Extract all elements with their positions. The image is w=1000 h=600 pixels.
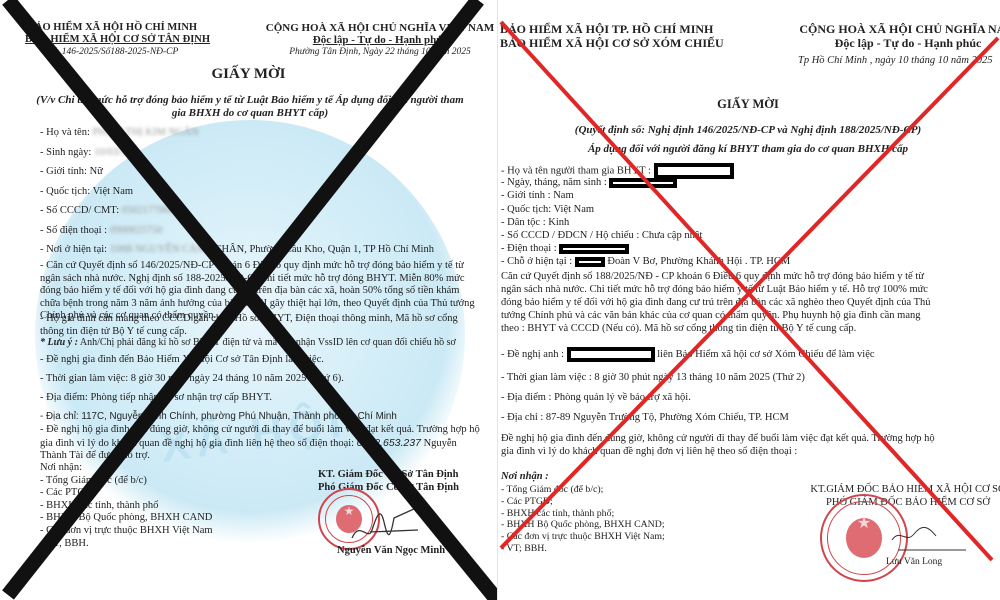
- field-label: - Ngày, tháng, năm sinh :: [501, 177, 609, 188]
- field-label: - Điện thoại :: [501, 243, 559, 254]
- documents-paragraph: - Hộ gia đình cần mang theo CCCD gắn chi…: [40, 313, 480, 338]
- field-value: Kinh: [548, 217, 569, 228]
- info-field: - Ngày, tháng, năm sinh :: [501, 176, 790, 189]
- agency-header: BẢO HIỂM XÃ HỘI HỒ CHÍ MINH BẢO HIỂM XÃ …: [25, 22, 200, 58]
- blurred-field-value: PHẠM THỊ KIM NGÂN: [93, 123, 199, 143]
- national-header: CỘNG HOÀ XÃ HỘI CHỦ NGHĨA VIỆT NAM Độc l…: [250, 22, 497, 58]
- info-field: - Họ và tên người tham gia BHYT :: [501, 163, 790, 176]
- redaction-box: [559, 244, 629, 254]
- redaction-box: [575, 257, 605, 267]
- field-label: - Giới tính :: [501, 190, 553, 201]
- recipient-item: - BHXH Bộ Quốc phòng, BHXH CAND: [40, 512, 213, 525]
- field-suffix: Đoàn V Bơ, Phường Khánh Hội . TP. HCM: [605, 256, 790, 267]
- handwritten-signature-icon: [350, 500, 420, 545]
- recipients-list: - Tổng Giám đốc (để b/c);- Các PTGĐ;- BH…: [501, 484, 665, 555]
- closing-paragraph: - Đề nghị hộ gia đình đến đúng giờ, khôn…: [40, 424, 480, 463]
- paragraph-line: Đề nghị hộ gia đình đến đúng giờ, không …: [501, 432, 1000, 445]
- right-invitation-document: BẢO HIỂM XÃ HỘI TP. HỒ CHÍ MINH BẢO HIỂM…: [497, 0, 1000, 600]
- place-line: - Địa điểm: Phòng tiếp nhận hồ sơ nhận t…: [40, 392, 480, 405]
- sign-title-1: KT.GIÁM ĐỐC BẢO HIỂM XÃ HỘI CƠ SỞ: [778, 483, 1000, 496]
- field-label: - Giới tính:: [40, 166, 90, 177]
- document-date: Phường Tân Định, Ngày 22 tháng 10 năm 20…: [250, 46, 497, 58]
- document-date: Tp Hồ Chí Minh , ngày 10 tháng 10 năm 20…: [798, 55, 993, 66]
- paragraph-line: Căn cứ Quyết định số 188/2025/NĐ - CP kh…: [501, 270, 1000, 283]
- info-field: - Họ và tên: PHẠM THỊ KIM NGÂN: [40, 123, 480, 143]
- request-label: - Đề nghị anh :: [501, 349, 567, 360]
- signer-name: Nguyễn Văn Ngọc Minh: [337, 545, 445, 556]
- time-line: - Thời gian làm việc: 8 giờ 30 phút ngày…: [40, 373, 480, 386]
- note-text: Anh/Chị phải đăng kí hồ sơ BHYT điện tử …: [78, 337, 456, 348]
- national-title: CỘNG HOÀ XÃ HỘI CHỦ NGHĨA NAM: [778, 22, 1000, 36]
- personal-info-fields: - Họ và tên: PHẠM THỊ KIM NGÂN- Sinh ngà…: [40, 123, 480, 260]
- info-field: - Điện thoại :: [501, 242, 790, 255]
- national-motto: Độc lập - Tự do - Hạnh phúc: [250, 34, 497, 46]
- contact-phone: 0702.653.237: [357, 437, 421, 449]
- field-label: - Dân tộc :: [501, 217, 548, 228]
- info-field: - Nơi ở hiện tại: 108B NGUYỄN CẢNH CHÂN,…: [40, 240, 480, 260]
- request-suffix: liên Bảo Hiểm xã hội cơ sở Xóm Chiếu để …: [655, 349, 875, 360]
- recipient-item: - BHXH các tỉnh, thành phố: [40, 500, 213, 513]
- left-invitation-document: XÃ HỘI BẢO HIỂM XÃ HỘI HỒ CHÍ MINH BẢO H…: [0, 0, 497, 600]
- request-line: - Đề nghị gia đình đến Bảo Hiểm Xã Hội C…: [40, 354, 480, 367]
- paragraph-line: tướng Chính phủ và các văn bản khác của …: [501, 309, 1000, 322]
- basis-paragraph: Căn cứ Quyết định số 188/2025/NĐ - CP kh…: [501, 270, 1000, 335]
- signer-name: Lưu Văn Long: [886, 557, 942, 567]
- document-title: GIẤY MỜI: [0, 66, 497, 83]
- national-motto: Độc lập - Tự do - Hạnh phúc: [778, 36, 1000, 50]
- handwritten-signature-icon: [888, 522, 968, 552]
- paragraph-line: ngân sách nhà nước. Chi tiết mức hỗ trợ …: [501, 283, 1000, 296]
- document-title: GIẤY MỜI: [498, 97, 998, 112]
- recipients-title: Nơi nhận :: [501, 471, 549, 482]
- request-line: - Đề nghị anh : liên Bảo Hiểm xã hội cơ …: [501, 347, 875, 362]
- personal-info-fields: - Họ và tên người tham gia BHYT : - Ngày…: [501, 163, 790, 269]
- field-label: - Số CCCD / ĐDCN / Hộ chiếu :: [501, 230, 642, 241]
- recipient-item: - BHXH Bộ Quốc phòng, BHXH CAND;: [501, 519, 665, 531]
- info-field: - Chỗ ở hiện tại : Đoàn V Bơ, Phường Khá…: [501, 255, 790, 268]
- field-label: - Nơi ở hiện tại:: [40, 244, 110, 255]
- paragraph-line: theo : BHYT và CCCD (Nếu có). Mã hồ sơ c…: [501, 322, 1000, 335]
- blurred-field-value: 10/03/19: [94, 143, 131, 163]
- field-value: Việt Nam: [93, 186, 133, 197]
- info-field: - Dân tộc : Kinh: [501, 216, 790, 229]
- field-value: Nam: [553, 190, 573, 201]
- field-label: - Quốc tịch:: [40, 186, 93, 197]
- info-field: - Giới tính: Nữ: [40, 162, 480, 182]
- info-field: - Sinh ngày: 10/03/19: [40, 143, 480, 163]
- note-label: * Lưu ý :: [40, 337, 78, 348]
- time-line: - Thời gian làm việc : 8 giờ 30 phút ngà…: [501, 372, 805, 383]
- field-label: - Họ và tên:: [40, 127, 93, 138]
- field-value: Chưa cập nhật: [642, 230, 703, 241]
- field-label: - Số điện thoại :: [40, 225, 110, 236]
- national-header: CỘNG HOÀ XÃ HỘI CHỦ NGHĨA NAM Độc lập - …: [778, 22, 1000, 50]
- document-subtitle-2: Áp dụng đối với người đăng kí BHYT tham …: [498, 143, 998, 155]
- info-field: - Giới tính : Nam: [501, 189, 790, 202]
- national-title: CỘNG HOÀ XÃ HỘI CHỦ NGHĨA VIỆT NAM: [250, 22, 497, 34]
- field-suffix: CHÂN, Phường Cầu Kho, Quận 1, TP Hồ Chí …: [212, 244, 434, 255]
- blurred-field-value: 108B NGUYỄN CẢNH: [110, 240, 212, 260]
- paragraph-line: đóng bảo hiểm y tế đối với hộ gia đình đ…: [501, 296, 1000, 309]
- agency-line-2: BẢO HIỂM XÃ HỘI CƠ SỞ XÓM CHIẾU: [500, 36, 733, 50]
- recipient-item: - Các đơn vị trực thuộc BHXH Việt Nam: [40, 525, 213, 538]
- info-field: - Số điện thoại : 0900025750: [40, 221, 480, 241]
- info-field: - Quốc tịch: Việt Nam: [40, 182, 480, 202]
- agency-header: BẢO HIỂM XÃ HỘI TP. HỒ CHÍ MINH BẢO HIỂM…: [498, 22, 733, 50]
- recipients-list: Nơi nhận: - Tổng Giám đốc (để b/c)- Các …: [40, 462, 213, 550]
- blurred-field-value: 0502177000: [122, 201, 175, 221]
- document-number: Số: 146-2025/Số188-2025-NĐ-CP: [25, 46, 200, 58]
- agency-line-2: BẢO HIỂM XÃ HỘI CƠ SỞ TÂN ĐỊNH: [25, 34, 200, 46]
- closing-paragraph: Đề nghị hộ gia đình đến đúng giờ, không …: [501, 432, 1000, 458]
- note-line: * Lưu ý : Anh/Chị phải đăng kí hồ sơ BHY…: [40, 337, 480, 350]
- recipient-item: - VT; BBH.: [501, 543, 665, 555]
- recipient-item: - Các PTGĐ: [40, 487, 213, 500]
- agency-line-1: BẢO HIỂM XÃ HỘI TP. HỒ CHÍ MINH: [500, 22, 733, 36]
- info-field: - Số CCCD/ CMT: 0502177000: [40, 201, 480, 221]
- redaction-box: [609, 178, 677, 188]
- agency-line-1: BẢO HIỂM XÃ HỘI HỒ CHÍ MINH: [25, 22, 200, 34]
- document-subtitle-1: (Quyết định số: Nghị định 146/2025/NĐ-CP…: [498, 124, 998, 136]
- field-label: - Sinh ngày:: [40, 147, 94, 158]
- recipients-title: Nơi nhận:: [40, 462, 213, 475]
- recipient-item: - Các PTGĐ;: [501, 496, 665, 508]
- paragraph-line: gia đình vì lý do khách quan đề nghị đơn…: [501, 445, 1000, 458]
- sign-title-1: KT. Giám Đốc Cơ Sở Tân Định: [318, 468, 468, 481]
- field-label: - Chỗ ở hiện tại :: [501, 256, 575, 267]
- address-line: - Địa chỉ : 87-89 Nguyễn Trường Tộ, Phườ…: [501, 412, 789, 423]
- blurred-field-value: 0900025750: [110, 221, 163, 241]
- address-line: - Địa chỉ: 117C, Nguyễn Đình Chính, phườ…: [40, 411, 480, 424]
- info-field: - Số CCCD / ĐDCN / Hộ chiếu : Chưa cập n…: [501, 229, 790, 242]
- info-field: - Quốc tịch: Việt Nam: [501, 203, 790, 216]
- recipient-item: - VT, BBH.: [40, 538, 213, 551]
- recipient-item: - Tổng Giám đốc (để b/c): [40, 475, 213, 488]
- field-value: Việt Nam: [554, 204, 594, 215]
- recipient-item: - BHXH các tỉnh, thành phố;: [501, 508, 665, 520]
- field-label: - Họ và tên người tham gia BHYT :: [501, 165, 654, 176]
- field-label: - Số CCCD/ CMT:: [40, 205, 122, 216]
- recipient-item: - Tổng Giám đốc (để b/c);: [501, 484, 665, 496]
- redaction-box: [567, 347, 655, 362]
- place-line: - Địa điểm : Phòng quản lý về bảo trợ xã…: [501, 392, 691, 403]
- field-label: - Quốc tịch:: [501, 204, 554, 215]
- document-subtitle: (V/v Chi trả mức hỗ trợ đóng bảo hiểm y …: [35, 94, 465, 120]
- field-value: Nữ: [90, 166, 103, 177]
- recipient-item: - Các đơn vị trực thuộc BHXH Việt Nam;: [501, 531, 665, 543]
